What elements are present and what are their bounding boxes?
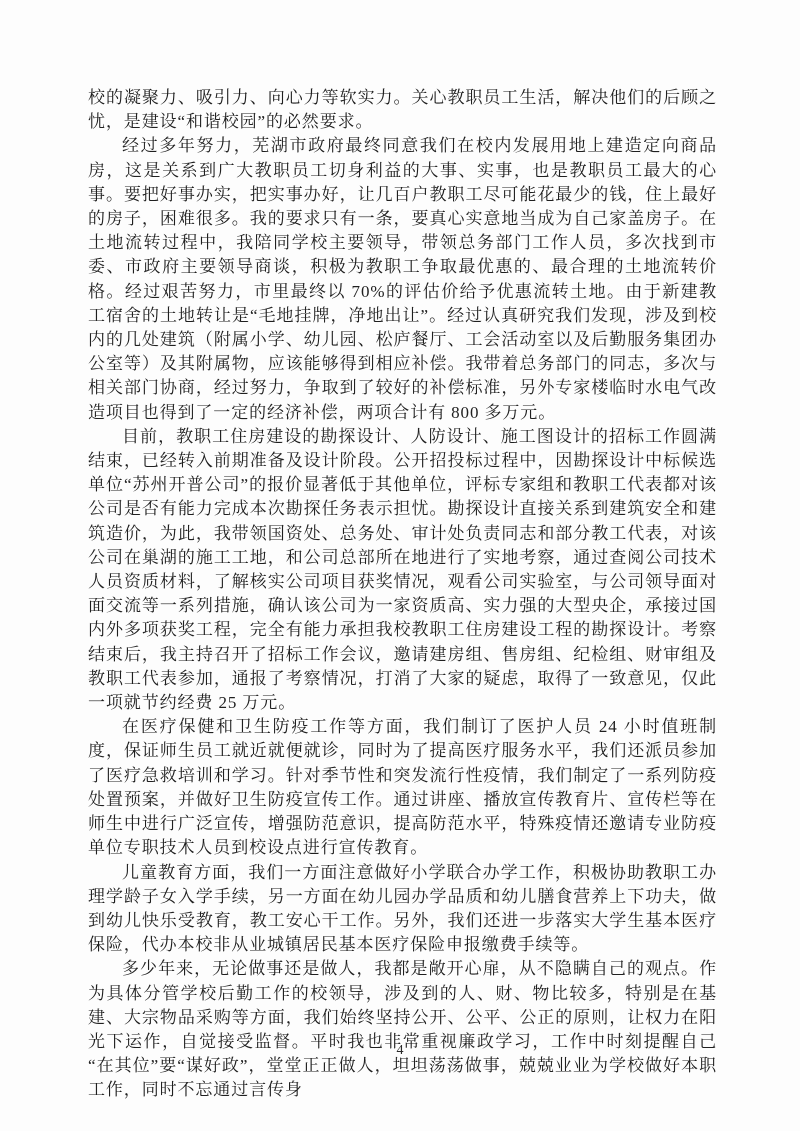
paragraph-continuation: 校的凝聚力、吸引力、向心力等软实力。关心教职员工生活，解决他们的后顾之忧，是建设… <box>88 86 717 134</box>
document-body-text: 校的凝聚力、吸引力、向心力等软实力。关心教职员工生活，解决他们的后顾之忧，是建设… <box>88 86 717 1103</box>
document-page: 校的凝聚力、吸引力、向心力等软实力。关心教职员工生活，解决他们的后顾之忧，是建设… <box>0 0 800 1131</box>
page-number: 4 <box>0 1043 800 1059</box>
paragraph-housing-bidding: 目前，教职工住房建设的勘探设计、人防设计、施工图设计的招标工作圆满结束，已经转入… <box>88 425 717 715</box>
paragraph-medical-epidemic: 在医疗保健和卫生防疫工作等方面，我们制订了医护人员 24 小时值班制度，保证师生… <box>88 715 717 860</box>
paragraph-child-education: 儿童教育方面，我们一方面注意做好小学联合办学工作，积极协助教职工办理学龄子女入学… <box>88 861 717 958</box>
paragraph-land-transfer: 经过多年努力，芜湖市政府最终同意我们在校内发展用地上建造定向商品房，这是关系到广… <box>88 134 717 424</box>
paragraph-integrity: 多少年来，无论做事还是做人，我都是敞开心扉，从不隐瞒自己的观点。作为具体分管学校… <box>88 957 717 1102</box>
